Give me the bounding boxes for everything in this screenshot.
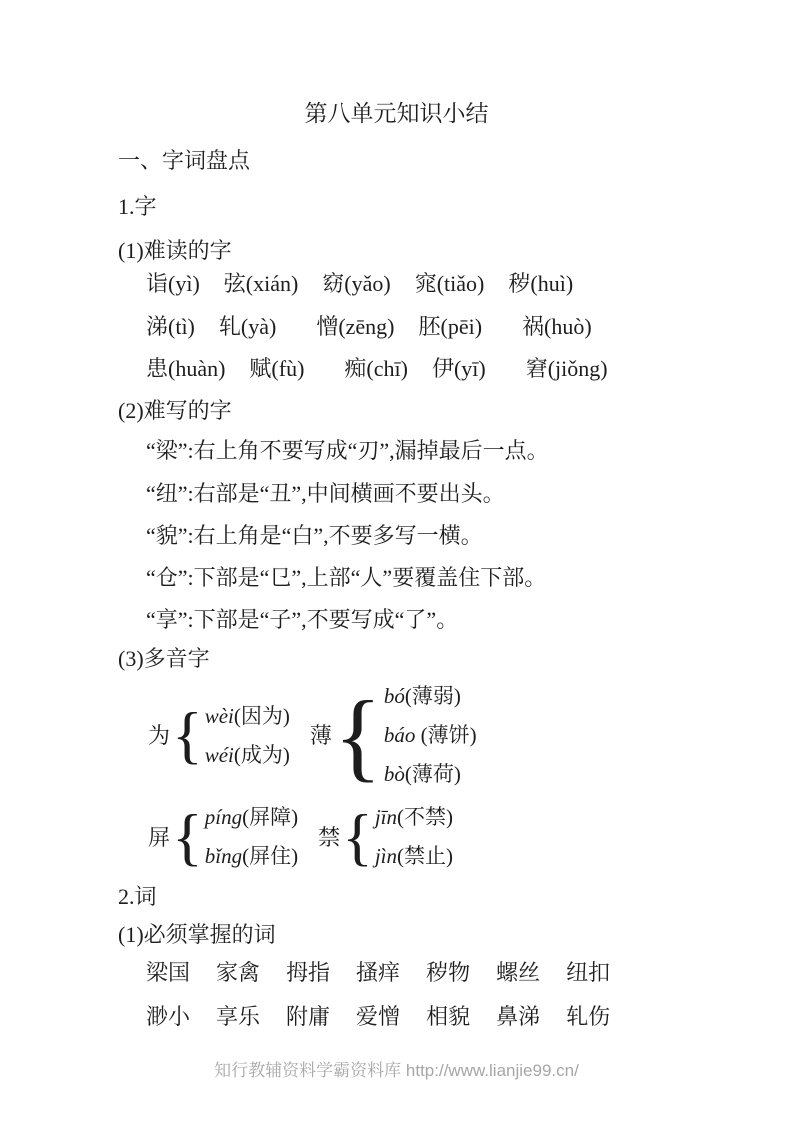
pinyin-reading: bò	[384, 762, 405, 786]
note-line: “梁”:右上角不要写成“刃”,漏掉最后一点。	[146, 438, 793, 463]
polyphone-row: 屏 { píng(屏障) bǐng(屏住) 禁 { jīn(不禁) jìn(禁止…	[148, 798, 793, 876]
word-item: 爱憎	[356, 1004, 400, 1029]
word-item: 渺小	[146, 1004, 190, 1029]
left-brace-icon: {	[172, 807, 203, 868]
readings-list: jīn(不禁) jìn(禁止)	[375, 798, 453, 876]
pinyin-item: 诣(yì)	[146, 271, 200, 296]
polyphone-group-ping: 屏 { píng(屏障) bǐng(屏住)	[148, 798, 298, 876]
reading-line: bǐng(屏住)	[205, 837, 298, 876]
reading-line: báo (薄饼)	[384, 716, 477, 755]
pinyin-item: 痴(chī)	[344, 356, 408, 381]
word-item: 附庸	[286, 1004, 330, 1029]
note-line: “享”:下部是“子”,不要写成“了”。	[146, 607, 793, 632]
reading-gloss: (薄荷)	[405, 762, 461, 786]
note-line: “仓”:下部是“㔾”,上部“人”要覆盖住下部。	[146, 565, 793, 590]
word-item: 享乐	[216, 1004, 260, 1029]
reading-line: jīn(不禁)	[375, 798, 453, 837]
left-brace-icon: {	[342, 807, 373, 868]
reading-line: bó(薄弱)	[384, 677, 477, 716]
section-heading-word-inventory: 一、字词盘点	[118, 148, 793, 173]
word-item: 轧伤	[566, 1004, 610, 1029]
polyphone-char: 屏	[148, 825, 170, 850]
heading-polyphones: (3)多音字	[118, 646, 793, 671]
heading-hard-to-read: (1)难读的字	[118, 238, 793, 263]
pinyin-reading: báo	[384, 723, 416, 747]
reading-line: jìn(禁止)	[375, 837, 453, 876]
word-item: 秽物	[426, 960, 470, 985]
pinyin-item: 窕(tiǎo)	[415, 271, 485, 296]
readings-list: bó(薄弱) báo (薄饼) bò(薄荷)	[384, 677, 477, 794]
pinyin-item: 患(huàn)	[146, 356, 225, 381]
reading-gloss: (因为)	[234, 704, 290, 728]
pinyin-reading: bó	[384, 684, 405, 708]
pinyin-reading: wèi	[205, 704, 234, 728]
reading-gloss: (不禁)	[397, 805, 453, 829]
word-item: 相貌	[426, 1004, 470, 1029]
pinyin-item: 赋(fù)	[249, 356, 304, 381]
pinyin-item: 伊(yī)	[432, 356, 486, 381]
pinyin-item: 轧(yà)	[219, 314, 276, 339]
subsection-heading-words: 2.词	[118, 884, 793, 909]
reading-gloss: (禁止)	[397, 844, 453, 868]
note-line: “貌”:右上角是“白”,不要多写一横。	[146, 523, 793, 548]
word-item: 鼻涕	[496, 1004, 540, 1029]
reading-gloss: (屏障)	[242, 805, 298, 829]
left-brace-icon: {	[172, 705, 203, 766]
polyphone-group-jin: 禁 { jīn(不禁) jìn(禁止)	[318, 798, 453, 876]
readings-list: wèi(因为) wéi(成为)	[205, 697, 290, 775]
left-brace-icon: {	[334, 688, 382, 783]
polyphone-char: 为	[148, 723, 170, 748]
reading-gloss: (薄饼)	[415, 723, 476, 747]
pinyin-item: 憎(zēng)	[316, 314, 394, 339]
word-item: 家禽	[216, 960, 260, 985]
pinyin-item: 弦(xián)	[224, 271, 299, 296]
page-title: 第八单元知识小结	[0, 101, 793, 126]
reading-line: wèi(因为)	[205, 697, 290, 736]
word-row: 渺小 享乐 附庸 爱憎 相貌 鼻涕 轧伤	[146, 1004, 793, 1029]
subsection-heading-characters: 1.字	[118, 194, 793, 219]
pinyin-item: 涕(tì)	[146, 314, 195, 339]
reading-line: píng(屏障)	[205, 798, 298, 837]
reading-line: bò(薄荷)	[384, 755, 477, 794]
readings-list: píng(屏障) bǐng(屏住)	[205, 798, 298, 876]
word-item: 搔痒	[356, 960, 400, 985]
hard-read-row: 患(huàn) 赋(fù) 痴(chī) 伊(yī) 窘(jiǒng)	[146, 356, 793, 381]
pinyin-item: 秽(huì)	[508, 271, 573, 296]
pinyin-reading: wéi	[205, 743, 234, 767]
pinyin-item: 胚(pēi)	[419, 314, 483, 339]
hard-read-row: 诣(yì) 弦(xián) 窈(yǎo) 窕(tiǎo) 秽(huì)	[146, 271, 793, 296]
heading-must-master-words: (1)必须掌握的词	[118, 922, 793, 947]
pinyin-item: 窈(yǎo)	[322, 271, 390, 296]
polyphone-group-wei: 为 { wèi(因为) wéi(成为)	[148, 697, 290, 775]
pinyin-reading: píng	[205, 805, 242, 829]
word-item: 螺丝	[496, 960, 540, 985]
hard-read-row: 涕(tì) 轧(yà) 憎(zēng) 胚(pēi) 祸(huò)	[146, 314, 793, 339]
word-item: 纽扣	[566, 960, 610, 985]
pinyin-item: 祸(huò)	[522, 314, 592, 339]
reading-gloss: (薄弱)	[405, 684, 461, 708]
reading-line: wéi(成为)	[205, 736, 290, 775]
polyphone-row: 为 { wèi(因为) wéi(成为) 薄 { bó(薄弱) báo (薄饼) …	[148, 677, 793, 794]
note-line: “纽”:右部是“丑”,中间横画不要出头。	[146, 481, 793, 506]
pinyin-item: 窘(jiǒng)	[526, 356, 608, 381]
pinyin-reading: jìn	[375, 844, 397, 868]
pinyin-reading: jīn	[375, 805, 397, 829]
reading-gloss: (成为)	[234, 743, 290, 767]
polyphone-group-bao: 薄 { bó(薄弱) báo (薄饼) bò(薄荷)	[310, 677, 477, 794]
word-row: 梁国 家禽 拇指 搔痒 秽物 螺丝 纽扣	[146, 960, 793, 985]
footer-text: 知行教辅资料学霸资料库 http://www.lianjie99.cn/	[0, 1056, 793, 1081]
heading-hard-to-write: (2)难写的字	[118, 398, 793, 423]
pinyin-reading: bǐng	[205, 844, 242, 868]
word-item: 梁国	[146, 960, 190, 985]
reading-gloss: (屏住)	[242, 844, 298, 868]
document-page: 第八单元知识小结 一、字词盘点 1.字 (1)难读的字 诣(yì) 弦(xián…	[0, 0, 793, 1029]
polyphone-char: 禁	[318, 825, 340, 850]
polyphone-char: 薄	[310, 723, 332, 748]
word-item: 拇指	[286, 960, 330, 985]
